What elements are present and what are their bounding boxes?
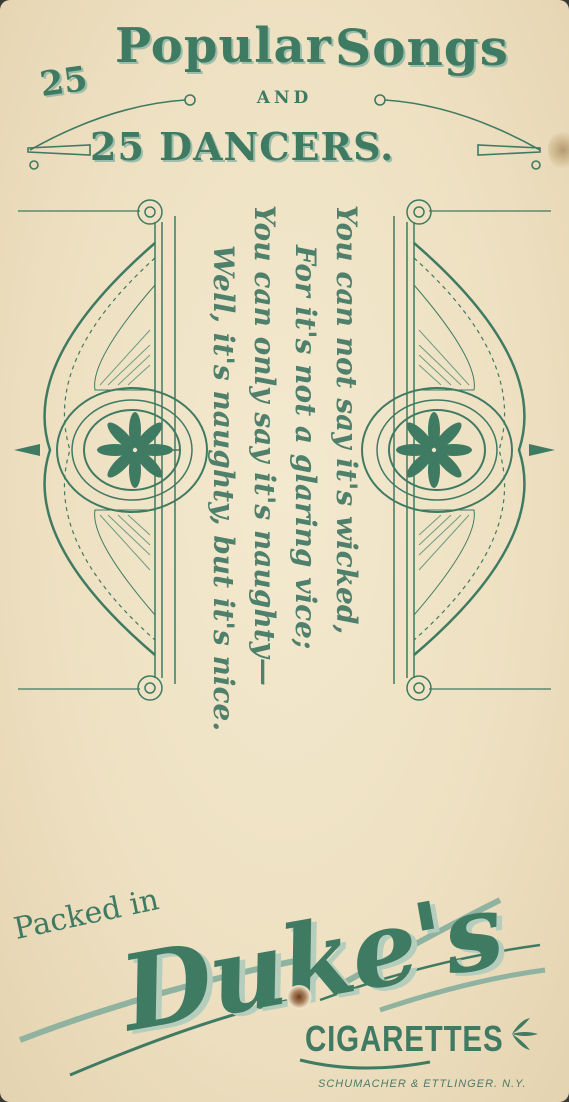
left-rosette bbox=[14, 412, 173, 488]
leaf-icon bbox=[512, 1018, 538, 1050]
trade-card: 25 Popular Songs AND 25 DANCERS. You can… bbox=[0, 0, 569, 1102]
title-number-25-bottom: 25 bbox=[90, 124, 145, 169]
cigarettes-label: CIGARETTES bbox=[305, 1018, 503, 1060]
printer-credit: SCHUMACHER & ETTLINGER. N.Y. bbox=[318, 1078, 527, 1090]
title-dancers-word: DANCERS. bbox=[159, 124, 394, 169]
lyric-line-4: Well, it's naughty, but it's nice. bbox=[203, 205, 244, 855]
title-popular: Popular bbox=[115, 18, 332, 74]
title-and: AND bbox=[0, 88, 569, 108]
pin-hole-damage bbox=[286, 985, 312, 1009]
lyric-line-3: You can only say it's naughty— bbox=[244, 205, 285, 855]
title-songs: Songs bbox=[335, 18, 509, 77]
lyric-line-1: You can not say it's wicked, bbox=[326, 205, 367, 855]
song-lyrics: You can not say it's wicked, For it's no… bbox=[203, 205, 367, 855]
title-dancers: 25 DANCERS. bbox=[90, 124, 394, 169]
lyric-line-2: For it's not a glaring vice; bbox=[285, 205, 326, 855]
